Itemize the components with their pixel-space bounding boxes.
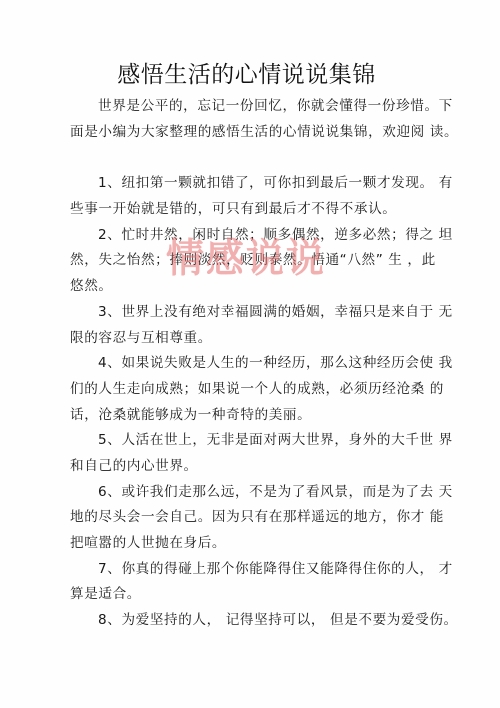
item-line: 们的人生走向成熟；如果说一个人的成熟，必须历经沧桑 的	[70, 377, 430, 403]
item-line: 些事一开始就是错的，可只有到最后才不得不承认。	[70, 197, 430, 223]
list-item-7: 7、你真的得碰上那个你能降得住又能降得住你的人， 才 算是适合。	[70, 557, 430, 608]
item-line: 悠然。	[70, 274, 430, 300]
item-line: 3、世界上没有绝对幸福圆满的婚姻，幸福只是来自于 无	[70, 300, 430, 326]
list-item-6: 6、或许我们走那么远，不是为了看风景，而是为了去 天 地的尽头会一会自己。因为只…	[70, 480, 430, 557]
item-line: 话，沧桑就能够成为一种奇特的美丽。	[70, 403, 430, 429]
item-line: 地的尽头会一会自己。因为只有在那样遥远的地方，你才 能	[70, 505, 430, 531]
item-line: 6、或许我们走那么远，不是为了看风景，而是为了去 天	[70, 480, 430, 506]
item-line: 5、人活在世上，无非是面对两大世界，身外的大千世 界	[70, 428, 430, 454]
list-item-4: 4、如果说失败是人生的一种经历，那么这种经历会使 我 们的人生走向成熟；如果说一…	[70, 351, 430, 428]
document-title: 感悟生活的心情说说集锦	[0, 60, 493, 90]
intro-line: 面是小编为大家整理的感悟生活的心情说说集锦，欢迎阅 读。	[70, 120, 430, 146]
intro-paragraph: 世界是公平的，忘记一份回忆，你就会懂得一份珍惜。下 面是小编为大家整理的感悟生活…	[70, 94, 430, 145]
item-line: 8、为爱坚持的人， 记得坚持可以， 但是不要为爱受伤。	[70, 608, 430, 634]
list-item-1: 1、纽扣第一颗就扣错了，可你扣到最后一颗才发现。 有 些事一开始就是错的，可只有…	[70, 171, 430, 222]
intro-line: 世界是公平的，忘记一份回忆，你就会懂得一份珍惜。下	[70, 94, 430, 120]
list-item-5: 5、人活在世上，无非是面对两大世界，身外的大千世 界 和自己的内心世界。	[70, 428, 430, 479]
item-line: 和自己的内心世界。	[70, 454, 430, 480]
list-item-8: 8、为爱坚持的人， 记得坚持可以， 但是不要为爱受伤。	[70, 608, 430, 634]
item-line: 1、纽扣第一颗就扣错了，可你扣到最后一颗才发现。 有	[70, 171, 430, 197]
document-page: 感悟生活的心情说说集锦 世界是公平的，忘记一份回忆，你就会懂得一份珍惜。下 面是…	[0, 0, 500, 708]
item-line: 2、忙时井然，闲时自然；顺多偶然，逆多必然；得之 坦	[70, 223, 430, 249]
list-item-2: 2、忙时井然，闲时自然；顺多偶然，逆多必然；得之 坦 然，失之怡然；捧则淡然，贬…	[70, 223, 430, 300]
item-line: 限的容忍与互相尊重。	[70, 326, 430, 352]
item-line: 4、如果说失败是人生的一种经历，那么这种经历会使 我	[70, 351, 430, 377]
paragraph-spacer	[70, 145, 430, 171]
document-body: 世界是公平的，忘记一份回忆，你就会懂得一份珍惜。下 面是小编为大家整理的感悟生活…	[70, 94, 430, 634]
item-line: 把喧嚣的人世抛在身后。	[70, 531, 430, 557]
item-line: 然，失之怡然；捧则淡然，贬则泰然。悟通“八然” 生 ，此	[70, 248, 430, 274]
list-item-3: 3、世界上没有绝对幸福圆满的婚姻，幸福只是来自于 无 限的容忍与互相尊重。	[70, 300, 430, 351]
item-line: 7、你真的得碰上那个你能降得住又能降得住你的人， 才	[70, 557, 430, 583]
item-line: 算是适合。	[70, 582, 430, 608]
